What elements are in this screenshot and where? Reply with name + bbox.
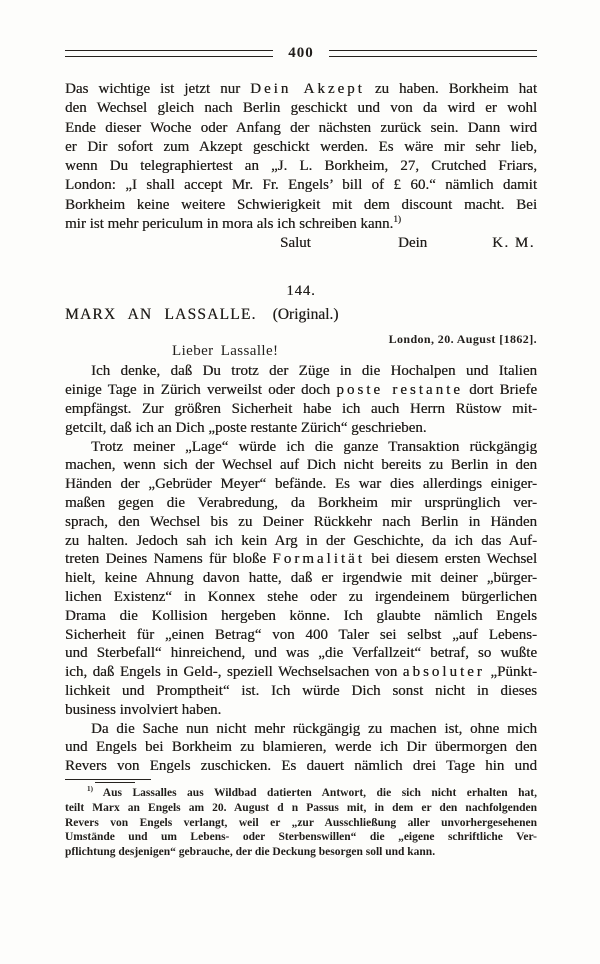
emphasized-segment: absoluter: [403, 664, 485, 680]
letter-line: Sicherheit für „einen Betrag“ von 400 Ta…: [65, 626, 537, 645]
letter-line: Ende dieser Woche oder Anfang der nächst…: [65, 119, 537, 138]
letter-line: getcilt, daß ich an Dich „poste restante…: [65, 419, 537, 438]
head-rule-right: [329, 50, 537, 57]
letter-line: lichen Existenz“ in Konnex stehe oder zu…: [65, 588, 537, 607]
letter-line: Borkheim keine weitere Schwierigkeit mit…: [65, 196, 537, 215]
signature-dein: Dein: [398, 235, 427, 252]
heading-original-note: (Original.): [273, 306, 339, 323]
letter-line: sprach, den Wechsel bis zu Deiner Rückke…: [65, 513, 537, 532]
letter-line: mir ist mehr periculum in mora als ich s…: [65, 215, 537, 234]
letter-line: einige Tage in Zürich verweilst oder doc…: [65, 381, 537, 400]
letter-144-body: Ich denke, daß Du trotz der Züge in die …: [65, 362, 537, 776]
letter-line: machen, wenn sich der Wechsel auf Dich n…: [65, 456, 537, 475]
letter-143-continuation: Das wichtige ist jetzt nur Dein Akzept z…: [65, 80, 537, 255]
footnote-line: Revers von Engels verlangt, weil er „zur…: [65, 816, 537, 831]
letter-line: den Wechsel gleich nach Berlin geschickt…: [65, 99, 537, 118]
head-rule-left: [65, 50, 273, 57]
letter-line: hielt, keine Ahnung davon hatte, daß er …: [65, 569, 537, 588]
page-number: 400: [286, 46, 316, 61]
letter-heading: MARX AN LASSALLE.(Original.): [65, 306, 537, 324]
line-segment: „Pünkt-: [485, 664, 537, 680]
line-segment: Aus Lassalles aus Wildbad datierten Antw…: [93, 787, 537, 799]
footnote-line: teilt Marx an Engels am 20. August d n P…: [65, 801, 537, 816]
letter-line: wenn Du telegraphiertest an „J. L. Borkh…: [65, 157, 537, 176]
letter-line: London: „I shall accept Mr. Fr. Engels’ …: [65, 176, 537, 195]
letter-line: empfängst. Zur größren Sicherheit habe i…: [65, 400, 537, 419]
page-content: 400 Das wichtige ist jetzt nur Dein Akze…: [65, 0, 537, 860]
letter-line: business involviert haben.: [65, 701, 537, 720]
line-segment: einige Tage in Zürich verweilst oder doc…: [65, 382, 336, 398]
book-page: 400 Das wichtige ist jetzt nur Dein Akze…: [0, 0, 600, 964]
line-segment: mir ist mehr periculum in mora als ich s…: [65, 216, 393, 232]
footnote-line: pflichtung desjenigen“ gebrauche, der di…: [65, 845, 537, 860]
signature-salut: Salut: [280, 235, 311, 252]
letter-line: Revers von Engels zuschicken. Es dauert …: [65, 757, 537, 776]
letter-line: Händen der „Gebrüder Meyer“ befände. Es …: [65, 475, 537, 494]
letter-line: lichkeit und Promptheit“ ist. Ich würde …: [65, 682, 537, 701]
letter-line: Ich denke, daß Du trotz der Züge in die …: [65, 362, 537, 381]
emphasized-segment: Dein Akzept: [250, 81, 365, 97]
letter-line: Da die Sache nun nicht mehr rückgängig z…: [65, 720, 537, 739]
heading-title: MARX AN LASSALLE.: [65, 306, 257, 323]
letter-line: ich, daß Engels in Geld-, speziell Wechs…: [65, 663, 537, 682]
letter-line: Das wichtige ist jetzt nur Dein Akzept z…: [65, 80, 537, 99]
dateline: London, 20. August [1862].: [389, 332, 537, 347]
line-segment: zu haben. Borkheim hat: [365, 81, 537, 97]
footnote-block: 1) Aus Lassalles aus Wildbad datierten A…: [65, 786, 537, 860]
line-segment: dort Briefe: [463, 382, 537, 398]
signature-initials: K. M.: [492, 235, 535, 252]
line-segment: treten Deines Namens für bloße: [65, 551, 272, 567]
letter-number: 144.: [65, 283, 537, 300]
emphasized-segment: Formalität: [272, 551, 365, 567]
footnote-separator-rule: [65, 778, 537, 784]
line-segment: Das wichtige ist jetzt nur: [65, 81, 250, 97]
dateline-row: London, 20. August [1862]. Lieber Lassal…: [65, 331, 537, 362]
line-segment: ich, daß Engels in Geld-, speziell Wechs…: [65, 664, 403, 680]
footnote-line: Umstände und um Lebens- oder Sterbenswil…: [65, 830, 537, 845]
letter-line: und Engels bei Borkheim zu blamieren, we…: [65, 738, 537, 757]
letter-line: zu halten. Jedoch sah ich kein Arg in de…: [65, 532, 537, 551]
emphasized-segment: poste restante: [336, 382, 463, 398]
letter-line: Trotz meiner „Lage“ würde ich die ganze …: [65, 438, 537, 457]
footnote-line: 1) Aus Lassalles aus Wildbad datierten A…: [65, 786, 537, 801]
salutation: Lieber Lassalle!: [172, 343, 278, 360]
letter-line: und Sterbefall“ hinreichend, und was „di…: [65, 644, 537, 663]
running-head: 400: [65, 44, 537, 62]
letter-line: treten Deines Namens für bloße Formalitä…: [65, 550, 537, 569]
letter-line: Drama die Kollision hergeben könne. Ich …: [65, 607, 537, 626]
letter-line: er Dir sofort zum Akzept geschickt werde…: [65, 138, 537, 157]
letter-line: maßen gegen die Verabredung, da Borkheim…: [65, 494, 537, 513]
line-segment: bei diesem ersten Wechsel: [365, 551, 537, 567]
footnote-reference: 1): [393, 215, 401, 225]
signature-row: Salut Dein K. M.: [65, 235, 537, 255]
